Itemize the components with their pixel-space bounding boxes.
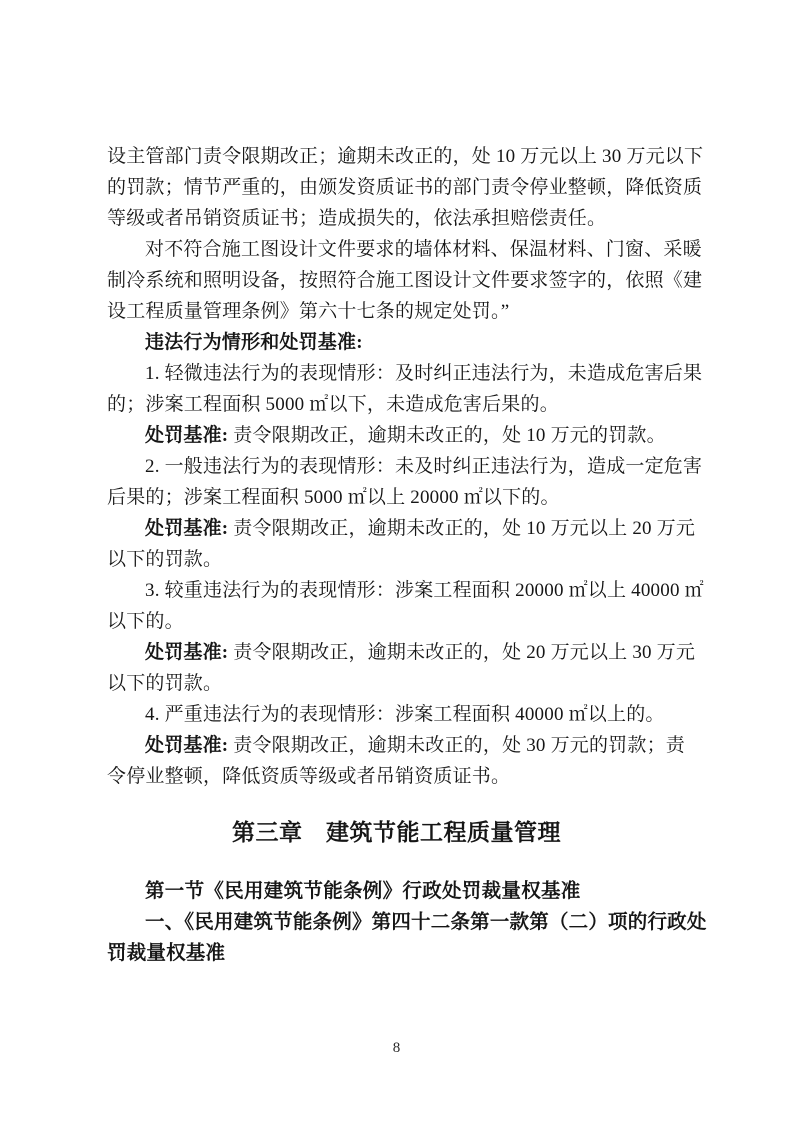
text-line: 3. 较重违法行为的表现情形：涉案工程面积 20000 ㎡以上 40000 ㎡ bbox=[107, 575, 707, 606]
body-text: 责令限期改正，逾期未改正的，处 30 万元的罚款；责 bbox=[228, 735, 685, 756]
text-line: 违法行为情形和处罚基准: bbox=[107, 327, 707, 358]
text-line: 处罚基准: 责令限期改正，逾期未改正的，处 20 万元以上 30 万元 bbox=[107, 637, 707, 668]
document-page: 设主管部门责令限期改正；逾期未改正的，处 10 万元以上 30 万元以下的罚款；… bbox=[0, 0, 793, 1122]
body-text: 设工程质量管理条例》第六十七条的规定处罚。” bbox=[107, 301, 509, 322]
section-heading: 第一节《民用建筑节能条例》行政处罚裁量权基准 bbox=[107, 876, 745, 907]
item-heading: 一、《民用建筑节能条例》第四十二条第一款第（二）项的行政处 罚裁量权基准 bbox=[107, 907, 707, 969]
text-line: 4. 严重违法行为的表现情形：涉案工程面积 40000 ㎡以上的。 bbox=[107, 699, 707, 730]
body-text: 制冷系统和照明设备，按照符合施工图设计文件要求签字的，依照《建 bbox=[107, 270, 702, 291]
text-line: 后果的；涉案工程面积 5000 ㎡以上 20000 ㎡以下的。 bbox=[107, 482, 707, 513]
text-line: 1. 轻微违法行为的表现情形：及时纠正违法行为，未造成危害后果 bbox=[107, 358, 707, 389]
body-text: 设主管部门责令限期改正；逾期未改正的，处 10 万元以上 30 万元以下 bbox=[107, 146, 703, 167]
body-lines: 设主管部门责令限期改正；逾期未改正的，处 10 万元以上 30 万元以下的罚款；… bbox=[107, 141, 707, 792]
text-line: 制冷系统和照明设备，按照符合施工图设计文件要求签字的，依照《建 bbox=[107, 265, 707, 296]
body-text: 责令限期改正，逾期未改正的，处 10 万元以上 20 万元 bbox=[228, 518, 695, 539]
body-text: 后果的；涉案工程面积 5000 ㎡以上 20000 ㎡以下的。 bbox=[107, 487, 560, 508]
body-text: 3. 较重违法行为的表现情形：涉案工程面积 20000 ㎡以上 40000 ㎡ bbox=[145, 580, 704, 601]
body-text: 责令限期改正，逾期未改正的，处 10 万元的罚款。 bbox=[228, 425, 665, 446]
text-line: 令停业整顿，降低资质等级或者吊销资质证书。 bbox=[107, 761, 707, 792]
page-number: 8 bbox=[0, 1036, 793, 1060]
body-text: 等级或者吊销资质证书；造成损失的，依法承担赔偿责任。 bbox=[107, 208, 606, 229]
body-text: 以下的。 bbox=[107, 611, 184, 632]
body-text: 1. 轻微违法行为的表现情形：及时纠正违法行为，未造成危害后果 bbox=[145, 363, 702, 384]
bold-label-text: 处罚基准: bbox=[145, 735, 228, 756]
body-text: 的罚款；情节严重的，由颁发资质证书的部门责令停业整顿，降低资质 bbox=[107, 177, 702, 198]
chapter-heading: 第三章 建筑节能工程质量管理 bbox=[0, 814, 793, 850]
text-line: 设工程质量管理条例》第六十七条的规定处罚。” bbox=[107, 296, 707, 327]
bold-label-text: 违法行为情形和处罚基准: bbox=[145, 332, 363, 353]
bold-label-text: 处罚基准: bbox=[145, 518, 228, 539]
body-text: 2. 一般违法行为的表现情形：未及时纠正违法行为，造成一定危害 bbox=[145, 456, 702, 477]
text-line: 对不符合施工图设计文件要求的墙体材料、保温材料、门窗、采暖 bbox=[107, 234, 707, 265]
text-line: 处罚基准: 责令限期改正，逾期未改正的，处 30 万元的罚款；责 bbox=[107, 730, 707, 761]
body-text: 对不符合施工图设计文件要求的墙体材料、保温材料、门窗、采暖 bbox=[145, 239, 702, 260]
bold-label-text: 处罚基准: bbox=[145, 425, 228, 446]
body-text: 的；涉案工程面积 5000 ㎡以下，未造成危害后果的。 bbox=[107, 394, 559, 415]
item-heading-line1: 一、《民用建筑节能条例》第四十二条第一款第（二）项的行政处 bbox=[107, 907, 707, 938]
body-text: 以下的罚款。 bbox=[107, 549, 222, 570]
text-line: 以下的罚款。 bbox=[107, 668, 707, 699]
body-text: 责令限期改正，逾期未改正的，处 20 万元以上 30 万元 bbox=[228, 642, 695, 663]
text-line: 等级或者吊销资质证书；造成损失的，依法承担赔偿责任。 bbox=[107, 203, 707, 234]
item-heading-line2: 罚裁量权基准 bbox=[107, 938, 707, 969]
body-text: 以下的罚款。 bbox=[107, 673, 222, 694]
text-line: 以下的罚款。 bbox=[107, 544, 707, 575]
body-text: 令停业整顿，降低资质等级或者吊销资质证书。 bbox=[107, 766, 510, 787]
text-line: 的罚款；情节严重的，由颁发资质证书的部门责令停业整顿，降低资质 bbox=[107, 172, 707, 203]
text-line: 以下的。 bbox=[107, 606, 707, 637]
text-line: 的；涉案工程面积 5000 ㎡以下，未造成危害后果的。 bbox=[107, 389, 707, 420]
body-text: 4. 严重违法行为的表现情形：涉案工程面积 40000 ㎡以上的。 bbox=[145, 704, 665, 725]
text-line: 设主管部门责令限期改正；逾期未改正的，处 10 万元以上 30 万元以下 bbox=[107, 141, 707, 172]
bold-label-text: 处罚基准: bbox=[145, 642, 228, 663]
text-line: 2. 一般违法行为的表现情形：未及时纠正违法行为，造成一定危害 bbox=[107, 451, 707, 482]
text-line: 处罚基准: 责令限期改正，逾期未改正的，处 10 万元以上 20 万元 bbox=[107, 513, 707, 544]
text-line: 处罚基准: 责令限期改正，逾期未改正的，处 10 万元的罚款。 bbox=[107, 420, 707, 451]
